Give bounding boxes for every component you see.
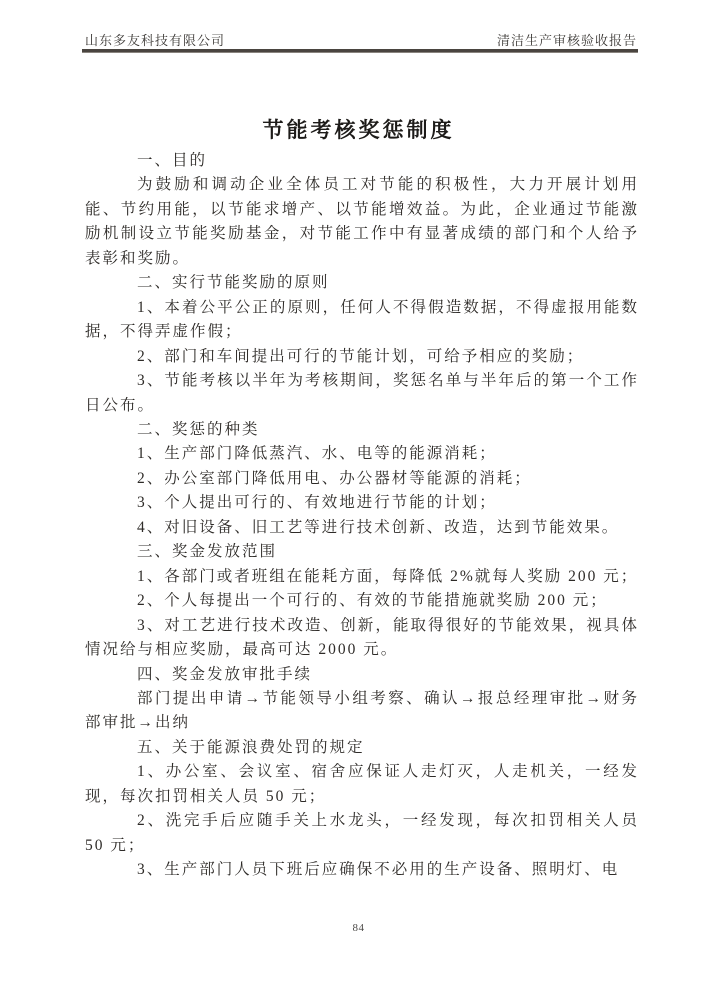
page-header: 山东多友科技有限公司 清洁生产审核验收报告 bbox=[85, 30, 637, 49]
paragraph: 三、奖金发放范围 bbox=[85, 540, 639, 564]
paragraph: 四、奖金发放审批手续 bbox=[85, 663, 639, 687]
header-company-name: 山东多友科技有限公司 bbox=[85, 30, 225, 49]
paragraph: 为鼓励和调动企业全体员工对节能的积极性，大力开展计划用能、节约用能，以节能求增产… bbox=[85, 173, 639, 271]
header-report-title: 清洁生产审核验收报告 bbox=[497, 30, 637, 49]
paragraph: 1、本着公平公正的原则，任何人不得假造数据，不得虚报用能数据，不得弄虚作假； bbox=[85, 296, 639, 345]
paragraph: 二、奖惩的种类 bbox=[85, 418, 639, 442]
document-body: 一、目的为鼓励和调动企业全体员工对节能的积极性，大力开展计划用能、节约用能，以节… bbox=[85, 149, 639, 883]
paragraph: 1、办公室、会议室、宿舍应保证人走灯灭，人走机关，一经发现，每次扣罚相关人员 5… bbox=[85, 760, 639, 809]
paragraph: 3、生产部门人员下班后应确保不必用的生产设备、照明灯、电 bbox=[85, 858, 639, 882]
page-number: 84 bbox=[0, 922, 717, 934]
document-page: 山东多友科技有限公司 清洁生产审核验收报告 节能考核奖惩制度 一、目的为鼓励和调… bbox=[0, 0, 717, 1000]
paragraph: 五、关于能源浪费处罚的规定 bbox=[85, 736, 639, 760]
paragraph: 2、部门和车间提出可行的节能计划，可给予相应的奖励； bbox=[85, 345, 639, 369]
header-rule bbox=[82, 49, 638, 53]
paragraph: 3、个人提出可行的、有效地进行节能的计划； bbox=[85, 491, 639, 515]
document-title: 节能考核奖惩制度 bbox=[0, 114, 717, 144]
paragraph: 1、各部门或者班组在能耗方面，每降低 2%就每人奖励 200 元； bbox=[85, 565, 639, 589]
paragraph: 2、洗完手后应随手关上水龙头，一经发现，每次扣罚相关人员 50 元； bbox=[85, 809, 639, 858]
paragraph: 3、对工艺进行技术改造、创新，能取得很好的节能效果，视具体情况给与相应奖励，最高… bbox=[85, 614, 639, 663]
paragraph: 4、对旧设备、旧工艺等进行技术创新、改造，达到节能效果。 bbox=[85, 516, 639, 540]
paragraph: 1、生产部门降低蒸汽、水、电等的能源消耗； bbox=[85, 442, 639, 466]
paragraph: 3、节能考核以半年为考核期间，奖惩名单与半年后的第一个工作日公布。 bbox=[85, 369, 639, 418]
paragraph: 二、实行节能奖励的原则 bbox=[85, 271, 639, 295]
paragraph: 2、个人每提出一个可行的、有效的节能措施就奖励 200 元； bbox=[85, 589, 639, 613]
paragraph: 部门提出申请→节能领导小组考察、确认→报总经理审批→财务部审批→出纳 bbox=[85, 687, 639, 736]
paragraph: 2、办公室部门降低用电、办公器材等能源的消耗； bbox=[85, 467, 639, 491]
paragraph: 一、目的 bbox=[85, 149, 639, 173]
